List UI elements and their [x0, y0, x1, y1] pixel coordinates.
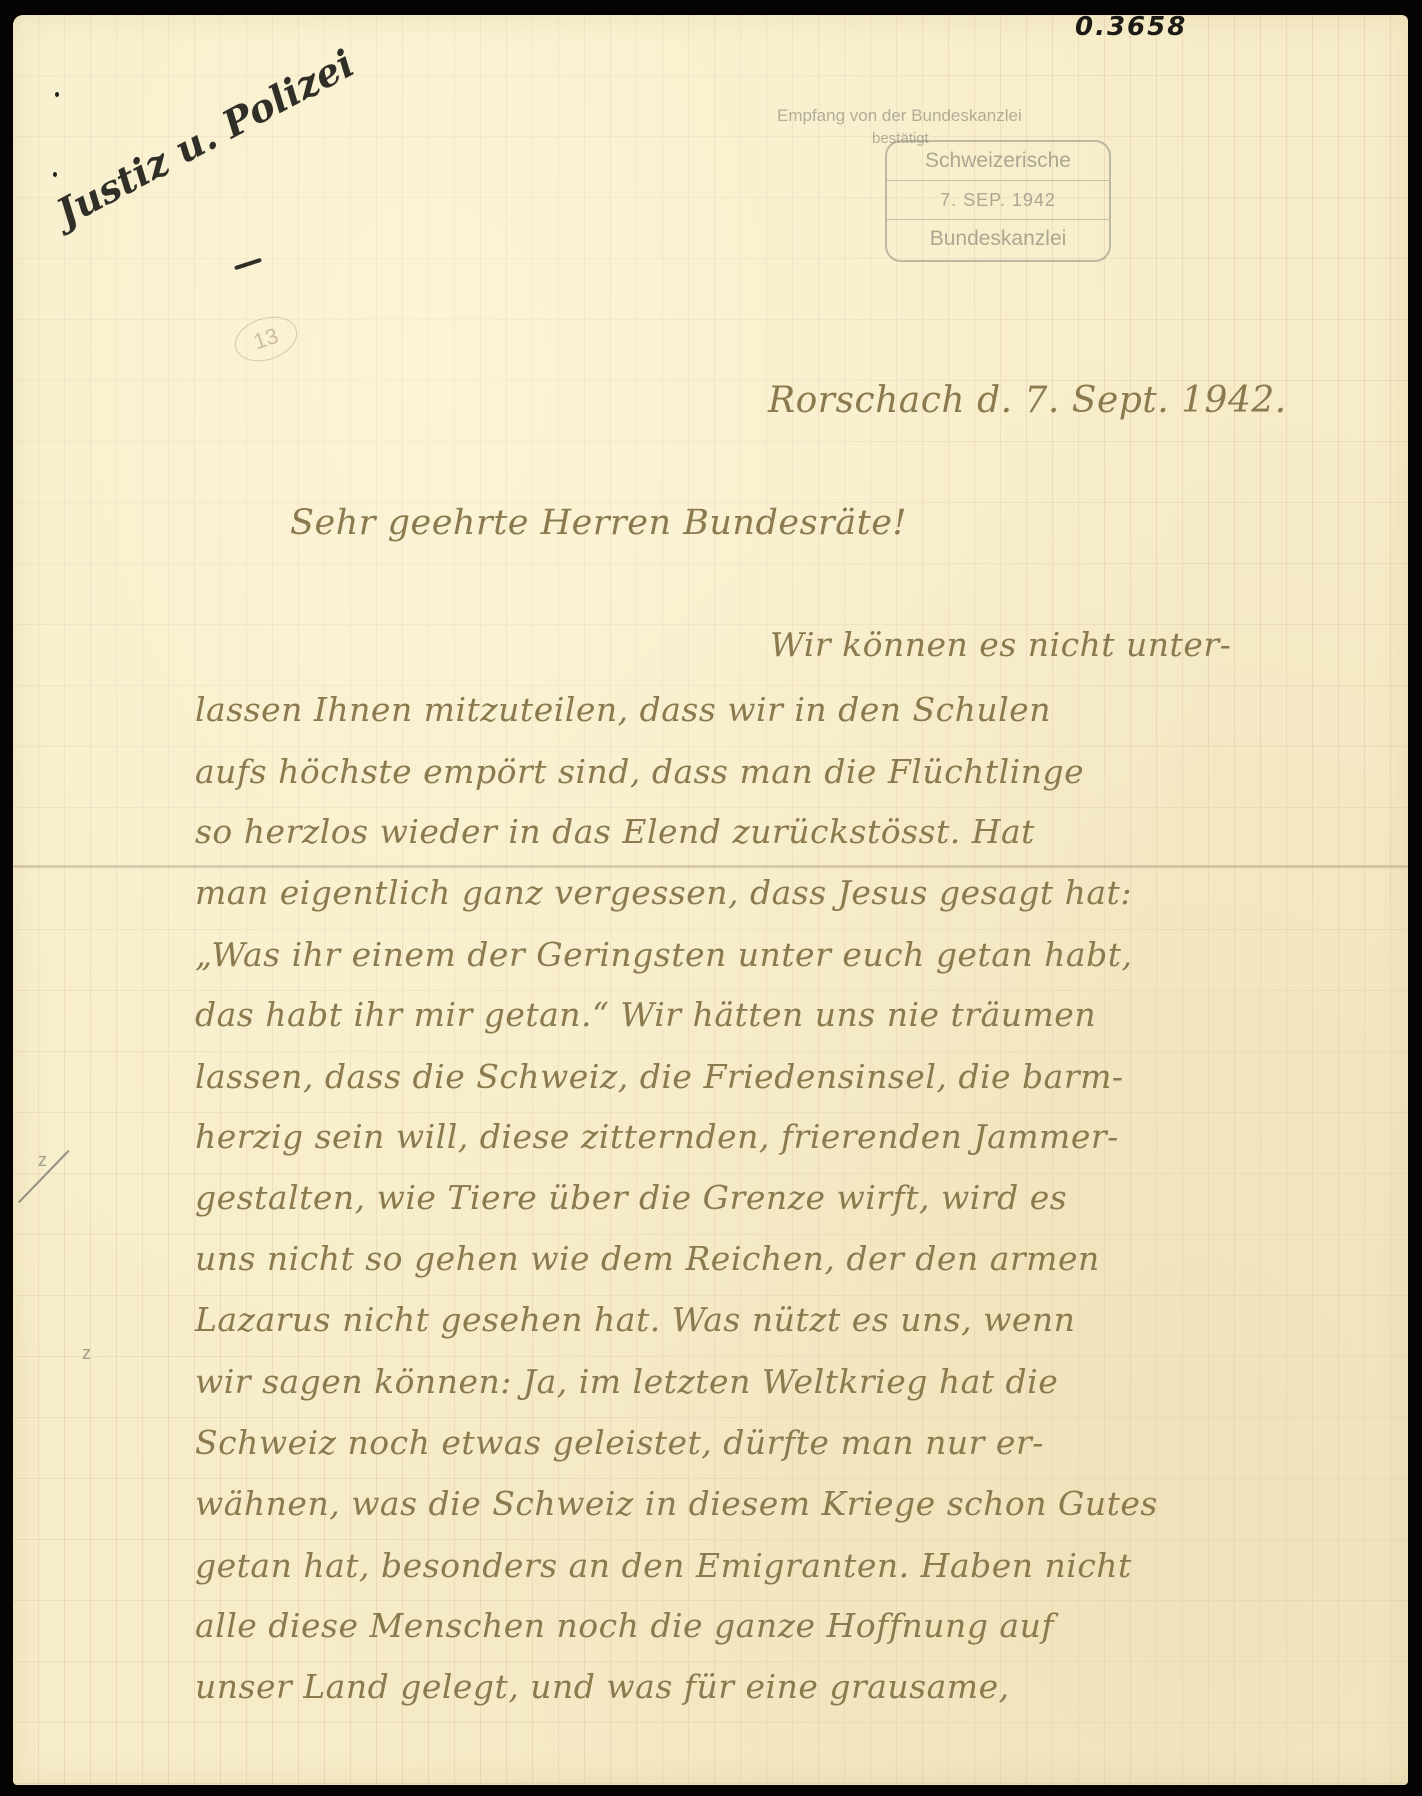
salutation: Sehr geehrte Herren Bundesräte!	[290, 503, 907, 543]
stamp-row-institution: Schweizerische	[887, 142, 1109, 181]
pencil-mark: z	[38, 1150, 47, 1171]
pencil-mark: z	[82, 1343, 91, 1364]
margin-dot	[53, 172, 57, 177]
letter-line: das habt ihr mir getan.“ Wir hätten uns …	[195, 995, 1096, 1034]
letter-line: Schweiz noch etwas geleistet, dürfte man…	[195, 1423, 1044, 1462]
letter-line: uns nicht so gehen wie dem Reichen, der …	[195, 1239, 1100, 1278]
letter-line: so herzlos wieder in das Elend zurückstö…	[195, 812, 1035, 851]
stamp-row-office: Bundeskanzlei	[887, 220, 1109, 258]
letter-line: unser Land gelegt, und was für eine grau…	[195, 1667, 1010, 1706]
letter-line: getan hat, besonders an den Emigranten. …	[195, 1546, 1132, 1585]
letter-line: wähnen, was die Schweiz in diesem Kriege…	[195, 1484, 1158, 1523]
letter-line: Lazarus nicht gesehen hat. Was nützt es …	[195, 1300, 1075, 1339]
letter-line: lassen, dass die Schweiz, die Friedensin…	[195, 1057, 1124, 1096]
letter-line: „Was ihr einem der Geringsten unter euch…	[195, 935, 1132, 974]
paper-fold-line	[13, 865, 1408, 868]
stamp-row-date: 7. SEP. 1942	[887, 181, 1109, 220]
archive-number: 0.3658	[1075, 12, 1187, 42]
letter-line: aufs höchste empört sind, dass man die F…	[195, 752, 1084, 791]
letter-line: gestalten, wie Tiere über die Grenze wir…	[195, 1178, 1067, 1217]
letter-line: wir sagen können: Ja, im letzten Weltkri…	[195, 1362, 1058, 1401]
letter-line: herzig sein will, diese zitternden, frie…	[195, 1117, 1119, 1156]
letter-line: alle diese Menschen noch die ganze Hoffn…	[195, 1606, 1054, 1645]
margin-dot	[55, 92, 59, 97]
letter-line: lassen Ihnen mitzuteilen, dass wir in de…	[195, 690, 1051, 729]
receipt-stamp: Schweizerische 7. SEP. 1942 Bundeskanzle…	[885, 140, 1111, 262]
place-and-date: Rorschach d. 7. Sept. 1942.	[768, 380, 1287, 421]
letter-line: Wir können es nicht unter-	[770, 625, 1231, 664]
letter-line: man eigentlich ganz vergessen, dass Jesu…	[195, 873, 1132, 912]
stamp-caption: Empfang von der Bundeskanzlei	[777, 106, 1022, 126]
